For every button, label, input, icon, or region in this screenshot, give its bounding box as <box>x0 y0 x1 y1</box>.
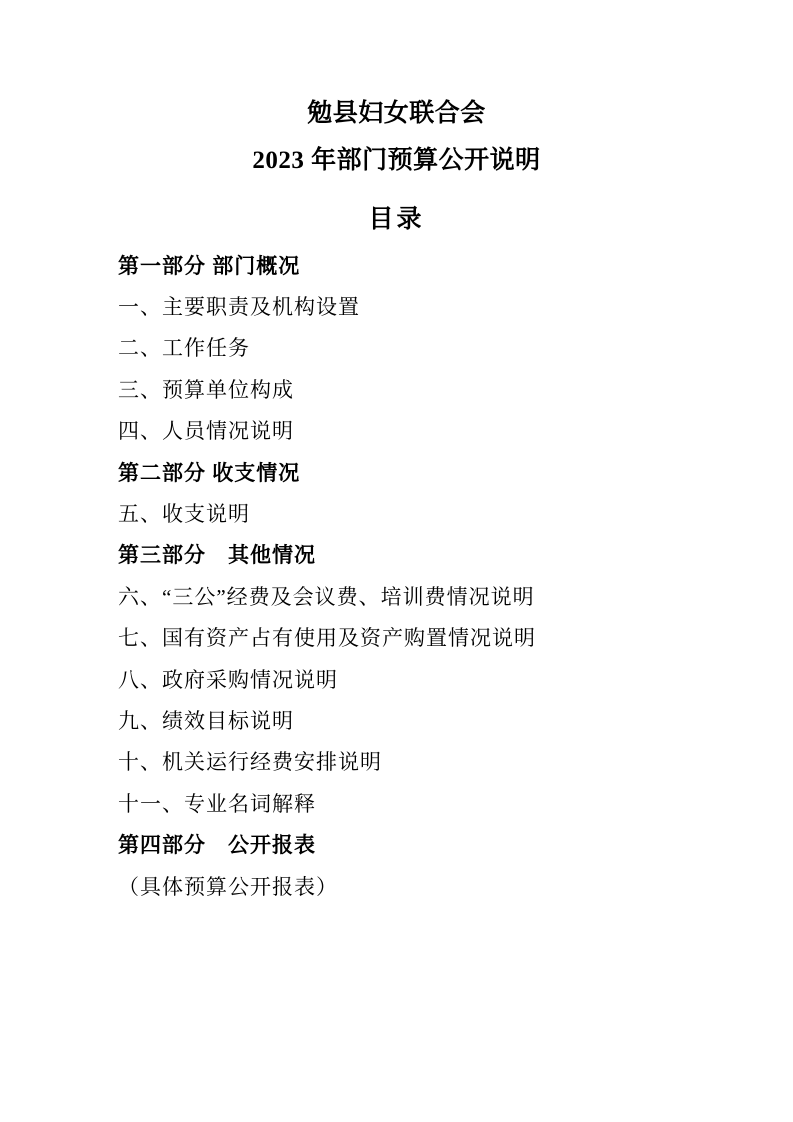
toc-item: 一、主要职责及机构设置 <box>118 285 753 326</box>
toc-item: 十一、专业名词解释 <box>118 782 753 823</box>
toc-item: 二、工作任务 <box>118 327 753 368</box>
toc-item: 三、预算单位构成 <box>118 368 753 409</box>
toc-item: （具体预算公开报表） <box>118 865 753 906</box>
toc-item: 七、国有资产占有使用及资产购置情况说明 <box>118 617 753 658</box>
toc-section-heading: 第二部分 收支情况 <box>118 451 753 492</box>
toc-section-heading: 第三部分 其他情况 <box>118 534 753 575</box>
toc-item: 九、绩效目标说明 <box>118 699 753 740</box>
toc-item: 四、人员情况说明 <box>118 410 753 451</box>
toc-section-heading: 第四部分 公开报表 <box>118 823 753 864</box>
toc-item: 五、收支说明 <box>118 492 753 533</box>
toc-heading: 目录 <box>0 205 793 235</box>
toc-item: 八、政府采购情况说明 <box>118 658 753 699</box>
document-title-line2: 2023 年部门预算公开说明 <box>0 146 793 176</box>
document-page: 勉县妇女联合会 2023 年部门预算公开说明 目录 第一部分 部门概况一、主要职… <box>0 0 793 1122</box>
table-of-contents: 第一部分 部门概况一、主要职责及机构设置二、工作任务三、预算单位构成四、人员情况… <box>118 244 753 906</box>
toc-section-heading: 第一部分 部门概况 <box>118 244 753 285</box>
toc-item: 六、“三公”经费及会议费、培训费情况说明 <box>118 575 753 616</box>
document-title-line1: 勉县妇女联合会 <box>0 99 793 129</box>
toc-item: 十、机关运行经费安排说明 <box>118 741 753 782</box>
